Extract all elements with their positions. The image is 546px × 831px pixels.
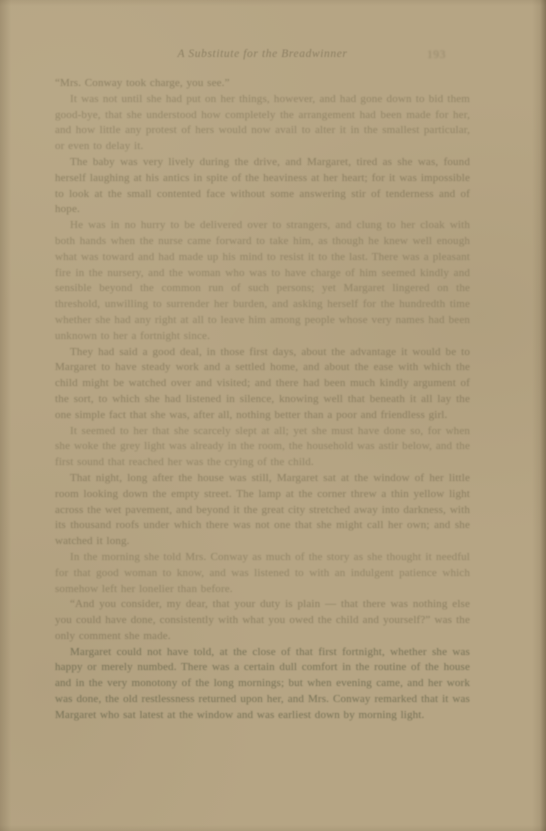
paragraph: They had said a good deal, in those firs… xyxy=(55,345,470,424)
paragraph: That night, long after the house was sti… xyxy=(55,471,470,550)
scanned-book-page: A Substitute for the Breadwinner 193 “Mr… xyxy=(0,0,546,831)
paragraph: Margaret could not have told, at the clo… xyxy=(55,645,470,724)
page-number: 193 xyxy=(427,49,446,61)
paragraph: He was in no hurry to be delivered over … xyxy=(55,218,470,344)
paragraph: It was not until she had put on her thin… xyxy=(55,92,470,155)
paragraph: The baby was very lively during the driv… xyxy=(55,155,470,218)
running-title: A Substitute for the Breadwinner xyxy=(178,48,348,60)
body-text-block: “Mrs. Conway took charge, you see.” It w… xyxy=(55,76,470,724)
paragraph: It seemed to her that she scarcely slept… xyxy=(55,424,470,471)
page-edge-shadow xyxy=(532,0,546,831)
running-header: A Substitute for the Breadwinner 193 xyxy=(55,48,470,60)
paragraph: “And you consider, my dear, that your du… xyxy=(55,597,470,644)
paragraph: In the morning she told Mrs. Conway as m… xyxy=(55,550,470,597)
paragraph: “Mrs. Conway took charge, you see.” xyxy=(55,76,470,92)
